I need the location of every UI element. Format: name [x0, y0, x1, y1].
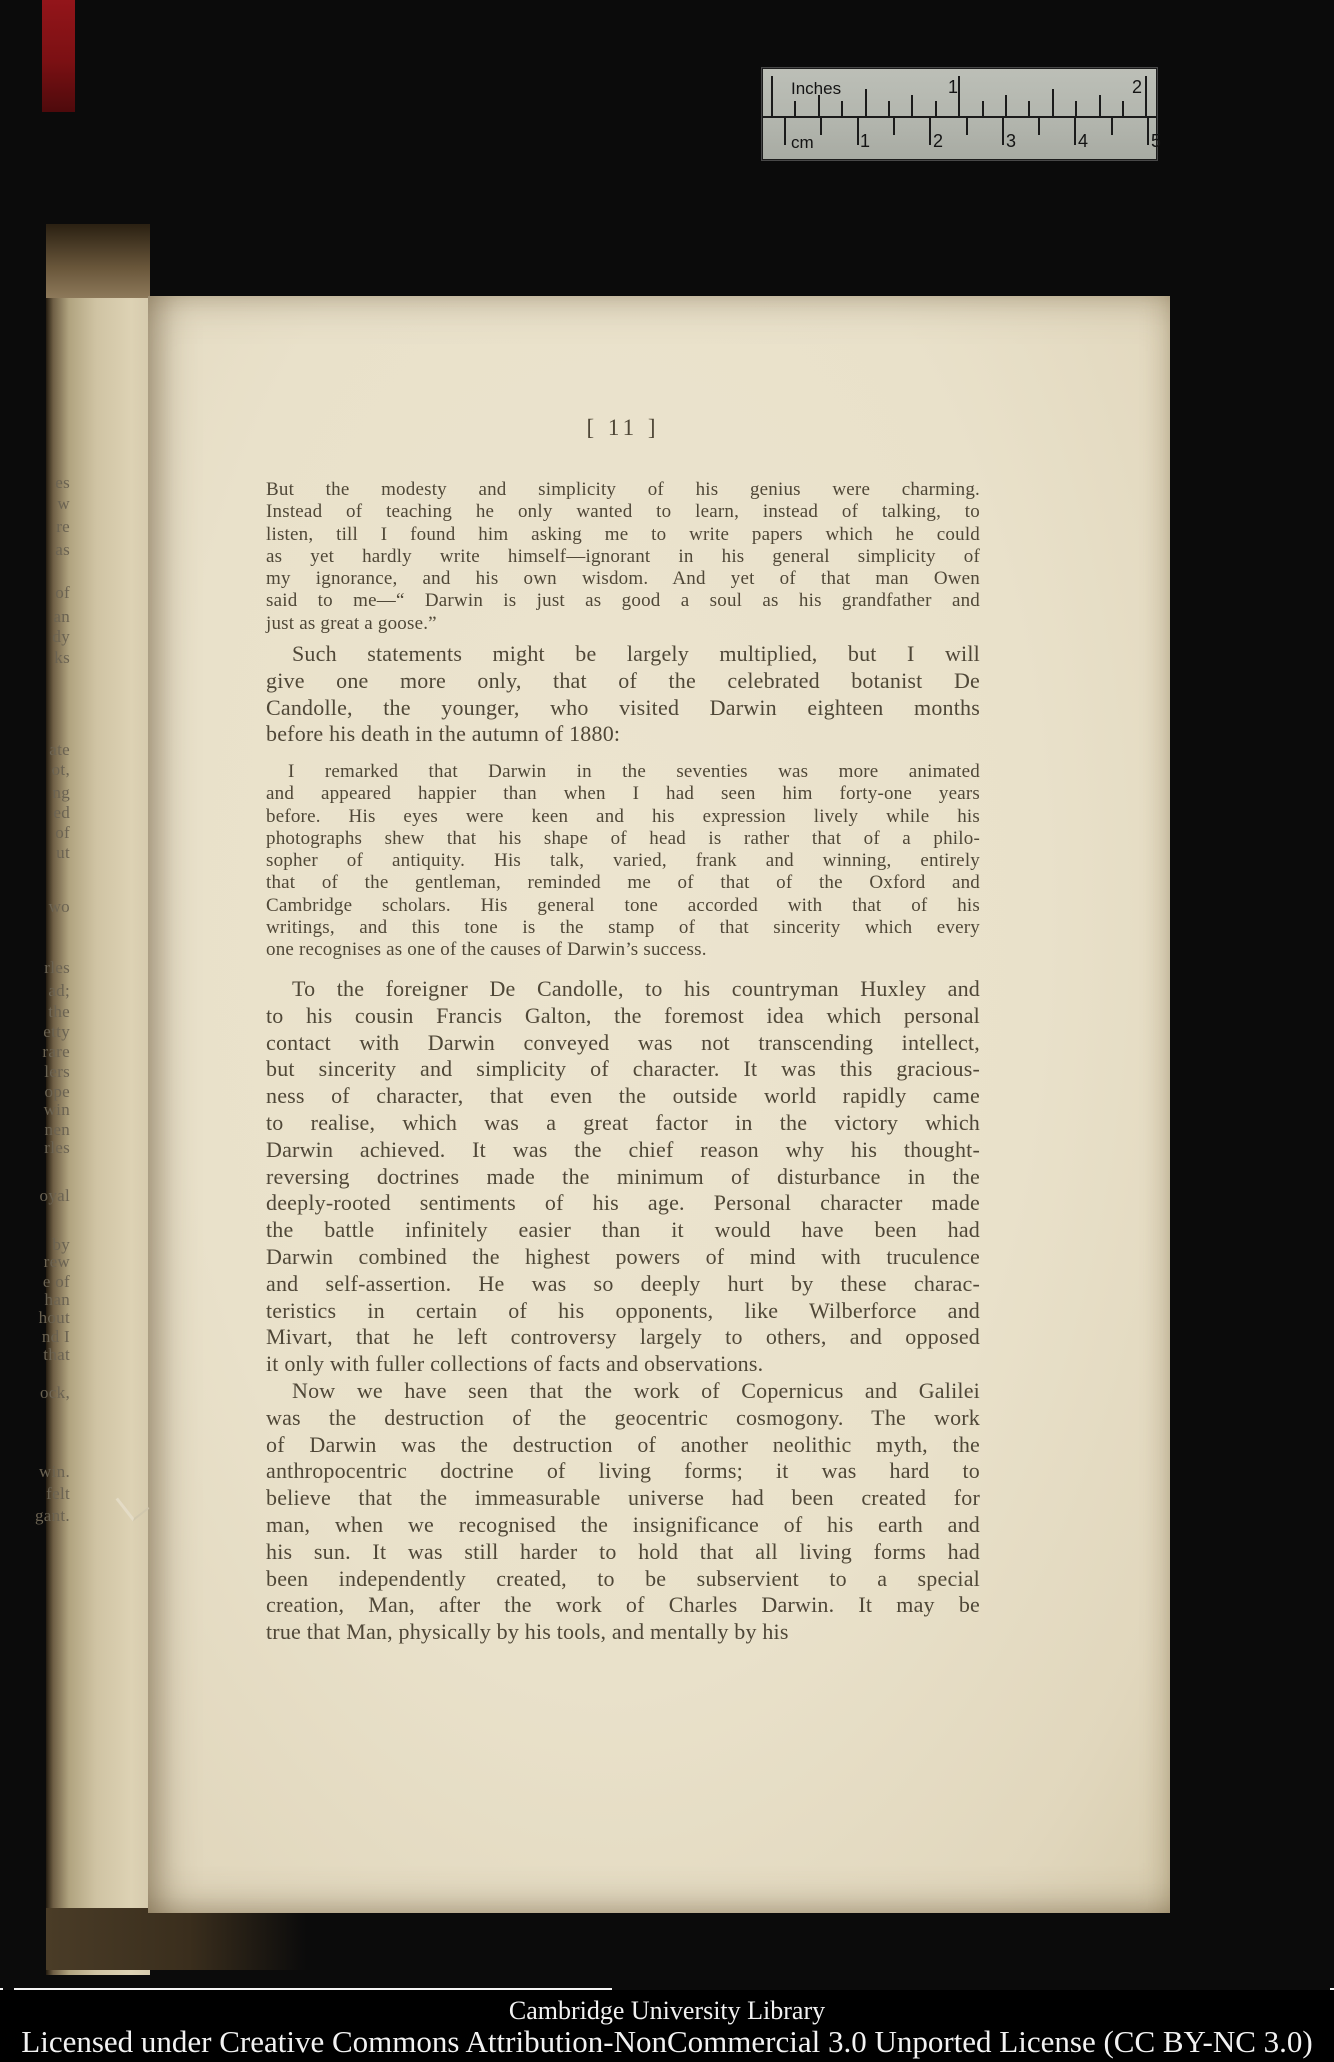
ruler-tick: [911, 95, 913, 116]
ruler-tick: [1028, 101, 1030, 116]
ruler-number: 3: [1006, 131, 1016, 152]
ruler-inches-label: Inches: [791, 79, 841, 99]
text-line: been independently created, to be subser…: [266, 1566, 980, 1593]
edge-fragment: win: [30, 1100, 70, 1120]
text-line: teristics in certain of his opponents, l…: [266, 1298, 980, 1325]
text-line: give one more only, that of the celebrat…: [266, 668, 980, 695]
text-line: but sincerity and simplicity of characte…: [266, 1056, 980, 1083]
ruler-number: 4: [1078, 131, 1088, 152]
ruler-tick: [1122, 101, 1124, 116]
edge-fragment: oyal: [30, 1186, 70, 1206]
scanned-book-photo: Inches cm 12 12345 eswreasofandyksateot,…: [0, 0, 1334, 2062]
text-line: man, when we recognised the insignifican…: [266, 1512, 980, 1539]
edge-fragment: of: [30, 583, 70, 603]
ruler-tick: [794, 101, 796, 116]
edge-fragment: ock,: [30, 1383, 70, 1403]
text-line: said to me—“ Darwin is just as good a so…: [266, 590, 980, 612]
edge-fragment: that: [30, 1345, 70, 1365]
edge-fragment: ed: [30, 803, 70, 823]
edge-fragment: ope: [30, 1082, 70, 1102]
text-line: believe that the immeasurable universe h…: [266, 1485, 980, 1512]
text-line: I remarked that Darwin in the seventies …: [266, 761, 980, 783]
quoted-passage-2: I remarked that Darwin in the seventies …: [266, 761, 980, 962]
edge-fragment: rles: [30, 1138, 70, 1158]
text-line: photographs shew that his shape of head …: [266, 828, 980, 850]
edge-fragment: an: [30, 607, 70, 627]
edge-fragment: ut: [30, 843, 70, 863]
edge-fragment: han: [30, 1290, 70, 1310]
body-paragraph-1: Such statements might be largely multipl…: [266, 641, 980, 748]
ruler-tick: [929, 118, 931, 145]
text-line: reversing doctrines made the minimum of …: [266, 1164, 980, 1191]
text-line: anthropocentric doctrine of living forms…: [266, 1458, 980, 1485]
ruler-number: 1: [860, 131, 870, 152]
ruler-tick: [1038, 118, 1040, 135]
text-line: ness of character, that even the outside…: [266, 1083, 980, 1110]
ruler-tick: [1145, 76, 1147, 116]
edge-fragment: nd I: [30, 1327, 70, 1347]
edge-fragment: re: [30, 517, 70, 537]
text-line: Instead of teaching he only wanted to le…: [266, 501, 980, 523]
book-page: [ 11 ] But the modesty and simplicity of…: [148, 296, 1170, 1913]
edge-fragment: e of: [30, 1272, 70, 1292]
ruler-tick: [982, 101, 984, 116]
ruler-tick: [771, 76, 773, 116]
text-line: Mivart, that he left controversy largely…: [266, 1324, 980, 1351]
text-line: Darwin achieved. It was the chief reason…: [266, 1137, 980, 1164]
text-line: before his death in the autumn of 1880:: [266, 721, 980, 748]
text-line: Darwin combined the highest powers of mi…: [266, 1244, 980, 1271]
ruler-tick: [865, 89, 867, 116]
edge-fragment: nen: [30, 1120, 70, 1140]
ruler-number: 2: [1132, 77, 1142, 98]
ruler-number: 1: [948, 77, 958, 98]
ruler-number: 5: [1151, 131, 1161, 152]
ruler-tick: [888, 101, 890, 116]
edge-fragment: wo: [30, 897, 70, 917]
text-line: was the destruction of the geocentric co…: [266, 1405, 980, 1432]
edge-fragment: of: [30, 823, 70, 843]
text-line: deeply-rooted sentiments of his age. Per…: [266, 1190, 980, 1217]
ruler-tick: [1147, 118, 1149, 145]
ruler-tick: [1005, 95, 1007, 116]
license-statement: Licensed under Creative Commons Attribut…: [0, 2024, 1334, 2060]
text-line: to his cousin Francis Galton, the foremo…: [266, 1003, 980, 1030]
ruler-number: 2: [933, 131, 943, 152]
book-spine-bottom-edge: [46, 1908, 306, 1970]
ruler-tick: [784, 118, 786, 145]
red-spine-label: [42, 0, 75, 112]
text-line: that of the gentleman, reminded me of th…: [266, 872, 980, 894]
ruler-tick: [820, 118, 822, 135]
ruler-tick: [857, 118, 859, 145]
ruler-tick: [1075, 101, 1077, 116]
ruler-tick: [966, 118, 968, 135]
text-line: as yet hardly write himself—ignorant in …: [266, 546, 980, 568]
text-line: and self-assertion. He was so deeply hur…: [266, 1271, 980, 1298]
measurement-ruler: Inches cm 12 12345: [762, 68, 1157, 160]
edge-fragment: etty: [30, 1022, 70, 1042]
body-paragraph-3: Now we have seen that the work of Copern…: [266, 1378, 980, 1646]
edge-fragment: felt: [30, 1484, 70, 1504]
library-attribution: Cambridge University Library: [0, 1996, 1334, 2026]
quoted-passage-1: But the modesty and simplicity of his ge…: [266, 479, 980, 635]
ruler-cm-label: cm: [791, 133, 814, 153]
attribution-band: Cambridge University Library Licensed un…: [0, 1990, 1334, 2062]
ruler-tick: [1074, 118, 1076, 145]
text-line: to realise, which was a great factor in …: [266, 1110, 980, 1137]
edge-fragment: rare: [30, 1042, 70, 1062]
text-line: just as great a goose.”: [266, 613, 980, 635]
ruler-tick: [1099, 95, 1101, 116]
text-line: it only with fuller collections of facts…: [266, 1351, 980, 1378]
text-line: of Darwin was the destruction of another…: [266, 1432, 980, 1459]
text-line: To the foreigner De Candolle, to his cou…: [266, 976, 980, 1003]
ruler-tick: [935, 101, 937, 116]
ruler-tick: [958, 76, 960, 116]
edge-fragment: rew: [30, 1252, 70, 1272]
ruler-tick: [893, 118, 895, 135]
text-line: But the modesty and simplicity of his ge…: [266, 479, 980, 501]
edge-fragment: win.: [30, 1462, 70, 1482]
ruler-tick: [818, 95, 820, 116]
text-line: Candolle, the younger, who visited Darwi…: [266, 695, 980, 722]
edge-fragment: dy: [30, 627, 70, 647]
text-line: writings, and this tone is the stamp of …: [266, 917, 980, 939]
book-spine-top-edge: [46, 224, 150, 298]
text-line: sopher of antiquity. His talk, varied, f…: [266, 850, 980, 872]
text-line: my ignorance, and his own wisdom. And ye…: [266, 568, 980, 590]
edge-fragment: ad;: [30, 981, 70, 1001]
body-paragraph-2: To the foreigner De Candolle, to his cou…: [266, 976, 980, 1378]
text-line: contact with Darwin conveyed was not tra…: [266, 1030, 980, 1057]
edge-fragment: rles: [30, 958, 70, 978]
edge-fragment: lers: [30, 1062, 70, 1082]
ruler-tick: [1111, 118, 1113, 135]
edge-fragment: w: [30, 494, 70, 514]
edge-fragment: ot,: [30, 760, 70, 780]
text-line: true that Man, physically by his tools, …: [266, 1619, 980, 1646]
ruler-tick: [841, 101, 843, 116]
edge-fragment: the: [30, 1002, 70, 1022]
edge-fragment: es: [30, 473, 70, 493]
text-line: creation, Man, after the work of Charles…: [266, 1592, 980, 1619]
text-line: listen, till I found him asking me to wr…: [266, 524, 980, 546]
text-line: Now we have seen that the work of Copern…: [266, 1378, 980, 1405]
edge-fragment: ate: [30, 740, 70, 760]
text-line: and appeared happier than when I had see…: [266, 783, 980, 805]
text-line: the battle infinitely easier than it wou…: [266, 1217, 980, 1244]
text-line: one recognises as one of the causes of D…: [266, 939, 980, 961]
text-line: before. His eyes were keen and his expre…: [266, 806, 980, 828]
page-number-folio: [ 11 ]: [266, 415, 980, 441]
edge-fragment: ks: [30, 648, 70, 668]
edge-fragment: as: [30, 540, 70, 560]
ruler-tick: [1052, 89, 1054, 116]
text-line: Such statements might be largely multipl…: [266, 641, 980, 668]
edge-fragment: gant.: [30, 1506, 70, 1526]
text-line: his sun. It was still harder to hold tha…: [266, 1539, 980, 1566]
edge-fragment: hout: [30, 1308, 70, 1328]
ruler-tick: [1002, 118, 1004, 145]
text-line: Cambridge scholars. His general tone acc…: [266, 895, 980, 917]
edge-fragment: ng: [30, 783, 70, 803]
